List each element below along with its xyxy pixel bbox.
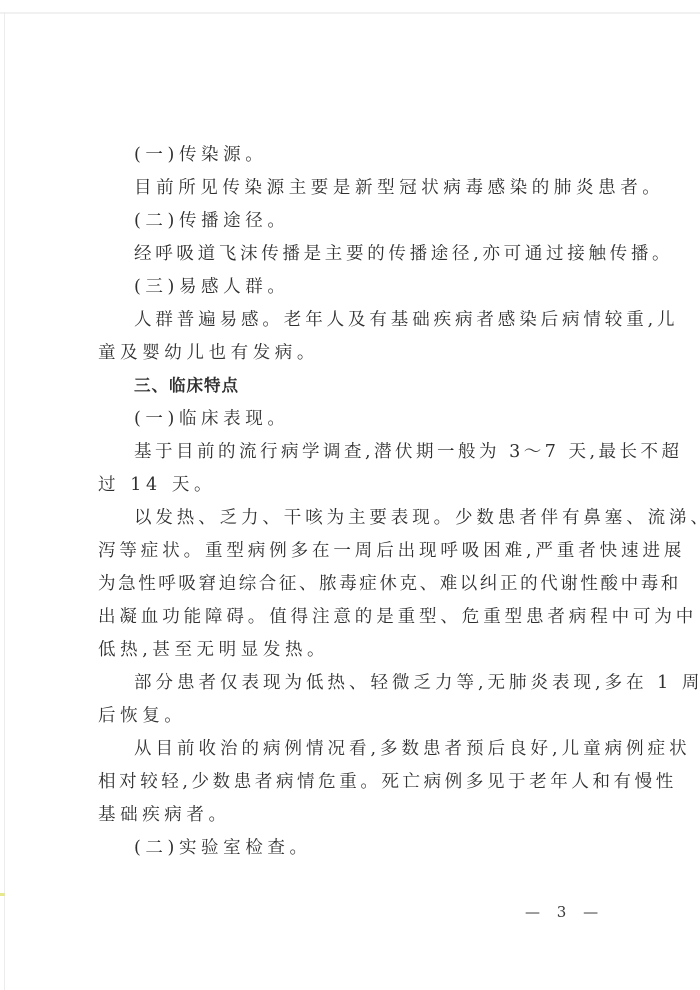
paragraph-line: 过 14 天。 (98, 472, 614, 505)
paragraph-line: 低热,甚至无明显发热。 (98, 637, 614, 670)
paragraph-incubation: 基于目前的流行病学调查,潜伏期一般为 3～7 天,最长不超 过 14 天。 (98, 439, 614, 505)
paragraph-line: 部分患者仅表现为低热、轻微乏力等,无肺炎表现,多在 1 周 (98, 670, 614, 703)
paragraph-line: 相对较轻,少数患者病情危重。死亡病例多见于老年人和有慢性 (98, 769, 614, 802)
subheading-lab-tests: (二)实验室检查。 (98, 835, 614, 868)
paragraph-line: 基础疾病者。 (98, 802, 614, 835)
paragraph-line: 童及婴幼儿也有发病。 (98, 340, 614, 373)
paragraph-susceptible-population: 人群普遍易感。老年人及有基础疾病者感染后病情较重,儿 童及婴幼儿也有发病。 (98, 307, 614, 373)
scan-page-top-edge (0, 12, 700, 14)
subheading-susceptible-population: (三)易感人群。 (98, 274, 614, 307)
paragraph-line: 以发热、乏力、干咳为主要表现。少数患者伴有鼻塞、流涕、腹 (98, 505, 614, 538)
paragraph-prognosis: 从目前收治的病例情况看,多数患者预后良好,儿童病例症状 相对较轻,少数患者病情危… (98, 736, 614, 835)
paragraph-line: 出凝血功能障碍。值得注意的是重型、危重型患者病程中可为中 (98, 604, 614, 637)
paragraph-line: 为急性呼吸窘迫综合征、脓毒症休克、难以纠正的代谢性酸中毒和 (98, 571, 614, 604)
paragraph-infection-source: 目前所见传染源主要是新型冠状病毒感染的肺炎患者。 (98, 175, 614, 208)
subheading-infection-source: (一)传染源。 (98, 142, 614, 175)
scan-page-left-edge (4, 12, 5, 990)
section-heading-clinical-features: 三、临床特点 (98, 373, 614, 406)
paragraph-line: 泻等症状。重型病例多在一周后出现呼吸困难,严重者快速进展 (98, 538, 614, 571)
paragraph-line: 后恢复。 (98, 703, 614, 736)
paragraph-line: 基于目前的流行病学调查,潜伏期一般为 3～7 天,最长不超 (98, 439, 614, 472)
paragraph-line: 经呼吸道飞沫传播是主要的传播途径,亦可通过接触传播。 (98, 241, 614, 274)
page-number: — 3 — (525, 903, 604, 921)
paragraph-line: 目前所见传染源主要是新型冠状病毒感染的肺炎患者。 (98, 175, 614, 208)
scan-artifact-mark (0, 893, 5, 896)
paragraph-line: 人群普遍易感。老年人及有基础疾病者感染后病情较重,儿 (98, 307, 614, 340)
subheading-transmission-route: (二)传播途径。 (98, 208, 614, 241)
paragraph-main-symptoms: 以发热、乏力、干咳为主要表现。少数患者伴有鼻塞、流涕、腹 泻等症状。重型病例多在… (98, 505, 614, 670)
document-body: (一)传染源。 目前所见传染源主要是新型冠状病毒感染的肺炎患者。 (二)传播途径… (98, 142, 614, 868)
subheading-clinical-manifestations: (一)临床表现。 (98, 406, 614, 439)
paragraph-mild-cases: 部分患者仅表现为低热、轻微乏力等,无肺炎表现,多在 1 周 后恢复。 (98, 670, 614, 736)
paragraph-line: 从目前收治的病例情况看,多数患者预后良好,儿童病例症状 (98, 736, 614, 769)
paragraph-transmission-route: 经呼吸道飞沫传播是主要的传播途径,亦可通过接触传播。 (98, 241, 614, 274)
